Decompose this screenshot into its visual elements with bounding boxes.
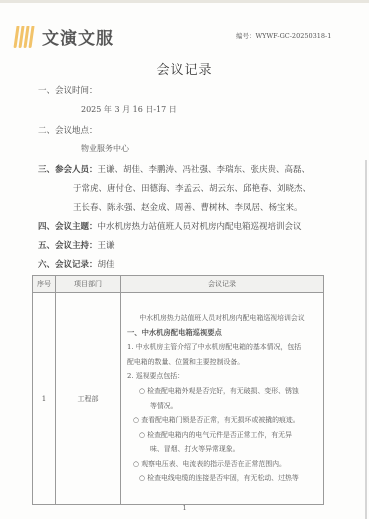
- host-row: 五、会议主持：王谦: [38, 239, 115, 251]
- time-value: 2025 年 3 月 16 日-17 日: [81, 104, 177, 115]
- bullet-2: ○ 查看配电箱门锁是否正常，有无损坏或被撬的痕迹。: [127, 413, 317, 428]
- place-label: 二、会议地点：: [38, 124, 98, 136]
- topic-label: 四、会议主题：: [38, 222, 98, 232]
- time-label: 一、会议时间：: [38, 84, 98, 96]
- header-index: 序号: [33, 276, 56, 293]
- record-table: 序号 项目部门 会议记录 1 工程部 中水机房热力站值班人员对机房内配电箱巡视培…: [32, 275, 324, 505]
- record-title: 中水机房热力站值班人员对机房内配电箱巡视培训会议: [127, 311, 317, 326]
- place-value: 物业服务中心: [81, 143, 129, 154]
- bullet-3a: ○ 检查配电箱内的电气元件是否正常工作，有无异: [127, 428, 317, 443]
- row-index: 1: [33, 293, 56, 505]
- bullet-3b: 味、冒烟、打火等异常现象。: [127, 442, 317, 457]
- row-dept: 工程部: [56, 293, 121, 505]
- bullet-1a: ○ 检查配电箱外观是否完好，有无破损、变形、锈蚀: [127, 384, 317, 399]
- topic-value: 中水机房热力站值班人员对机房内配电箱巡视培训会议: [98, 222, 302, 232]
- table-row: 1 工程部 中水机房热力站值班人员对机房内配电箱巡视培训会议 一、中水机房配电箱…: [33, 293, 324, 505]
- recorder-label: 六、会议记录：: [38, 260, 98, 270]
- host-value: 王谦: [98, 241, 115, 251]
- page-title: 会议记录: [0, 59, 369, 78]
- document-number: 编号：WYWF-GC-20250318-1: [236, 31, 331, 40]
- host-label: 五、会议主持：: [38, 241, 98, 251]
- header-record: 会议记录: [121, 276, 324, 293]
- logo-stripes-icon: [13, 26, 37, 48]
- record-item-1b: 配电箱的数量、位置和主要控制设备。: [127, 355, 317, 370]
- record-item-1a: 1. 中水机房主管介绍了中水机房配电箱的基本情况，包括: [127, 340, 317, 355]
- bullet-4: ○ 观察电压表、电流表的指示是否在正常范围内。: [127, 457, 317, 472]
- recorder-value: 胡佳: [98, 260, 115, 270]
- scan-top-edge: [0, 0, 369, 3]
- attendees-line-1: 王谦、胡佳、李鹏涛、冯社强、李瑞东、张庆贵、高磊、: [98, 165, 311, 175]
- attendees-line-2: 于常虎、唐付仓、田德海、李孟云、胡云东、邱艳春、刘晓杰、: [73, 182, 311, 194]
- record-item-2: 2. 巡视要点包括：: [127, 369, 317, 384]
- bullet-5: ○ 检查电线电缆的连接是否牢固，有无松动、过热等: [127, 471, 317, 486]
- bullet-1b: 等情况。: [127, 399, 317, 414]
- company-logo: 文演文服: [13, 24, 114, 49]
- logo-text: 文演文服: [42, 24, 114, 49]
- attendees-line-3: 王长春、陈永强、赵金成、周善、曹树林、李凤居、杨宝来。: [73, 201, 303, 213]
- attendees-row: 三、参会人员：王谦、胡佳、李鹏涛、冯社强、李瑞东、张庆贵、高磊、: [38, 163, 310, 175]
- table-header-row: 序号 项目部门 会议记录: [33, 276, 324, 293]
- scan-right-edge: [365, 160, 367, 519]
- recorder-row: 六、会议记录：胡佳: [38, 258, 115, 270]
- header-dept: 项目部门: [56, 276, 121, 293]
- row-record: 中水机房热力站值班人员对机房内配电箱巡视培训会议 一、中水机房配电箱巡视要点 1…: [121, 293, 324, 505]
- page-number: 1: [0, 505, 369, 512]
- record-heading: 一、中水机房配电箱巡视要点: [127, 326, 317, 341]
- attendees-label: 三、参会人员：: [38, 165, 98, 175]
- topic-row: 四、会议主题：中水机房热力站值班人员对机房内配电箱巡视培训会议: [38, 220, 302, 232]
